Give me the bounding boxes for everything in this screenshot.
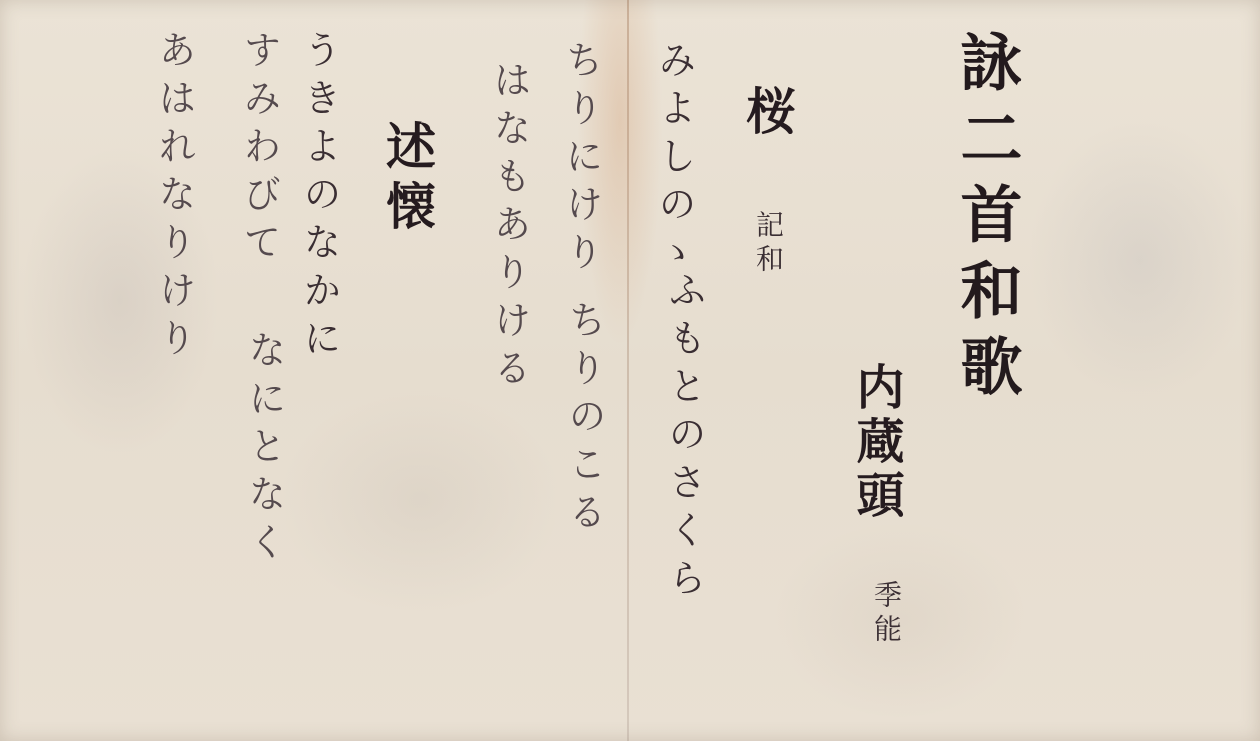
poem-1-line-3: ちりにけり [562,40,600,280]
calligraphy-sheet: 詠二首和歌 内蔵頭 季能 桜 記和 みよしのゝ ふもとのさくら ちりにけり ちり… [0,0,1260,741]
poem-1-line-5: はなもありける [490,60,528,396]
paper-fold-line [627,0,629,741]
poem-2-line-4: あはれなりけり [155,30,193,366]
poem-1-topic: 桜 [742,85,792,145]
author-title: 内蔵頭 [852,362,900,524]
poem-2-topic: 述懐 [382,120,432,240]
poem-2-line-1: うきよのなかに [300,30,338,366]
document-heading: 詠二首和歌 [955,30,1017,410]
poem-1-subtopic: 記和 [754,210,782,278]
author-signature: 季能 [872,580,900,648]
poem-1-line-4: ちりのこる [565,300,603,540]
poem-1-line-2: ふもとのさくら [665,270,703,606]
poem-2-line-2: すみわびて [240,30,278,270]
poem-2-line-3: なにとなく [245,330,283,570]
poem-1-line-1: みよしのゝ [655,40,693,280]
